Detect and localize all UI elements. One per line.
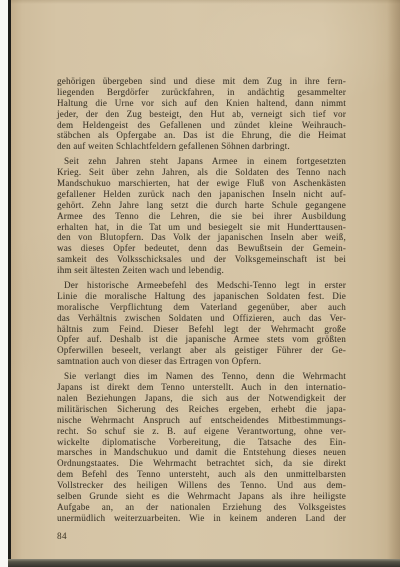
text-line: unermüdlich weiterzuarbeiten. Wie in kei… — [57, 513, 346, 524]
text-line: dem Befehl des Tenno untersteht, auch al… — [57, 469, 346, 480]
text-line: gehörigen übergeben sind und diese mit d… — [57, 76, 346, 87]
text-line: nalen Beziehungen Japans, die sich aus d… — [57, 393, 346, 404]
scan-left-margin — [0, 0, 8, 567]
text-line: nische Wehrmacht Anspruch auf entscheide… — [57, 415, 346, 426]
text-line: Seit zehn Jahren steht Japans Armee in e… — [57, 156, 346, 167]
text-line: den von Blutopfern. Das Volk der japanis… — [57, 232, 346, 243]
page-bottom-edge — [8, 559, 400, 567]
text-line: erhalten hat, in die Tat um und besiegel… — [57, 222, 346, 233]
paragraph: Seit zehn Jahren steht Japans Armee in e… — [57, 156, 346, 276]
text-line: Krieg. Seit über zehn Jahren, als die So… — [57, 167, 346, 178]
scanned-book-page: gehörigen übergeben sind und diese mit d… — [0, 0, 400, 567]
page-number: 84 — [57, 531, 67, 541]
text-line: selben Grunde sieht es die Wehrmacht Jap… — [57, 491, 346, 502]
paragraph: gehörigen übergeben sind und diese mit d… — [57, 76, 346, 152]
page-text: gehörigen übergeben sind und diese mit d… — [57, 76, 346, 524]
text-line: Mandschukuo marschierten, hat der ewige … — [57, 178, 346, 189]
text-line: Vollstrecker des heiligen Willens des Te… — [57, 480, 346, 491]
paragraph: Der historische Armeebefehl des Medschi-… — [57, 280, 346, 367]
text-line: Linie die moralische Haltung des japanis… — [57, 291, 346, 302]
text-line: Aufgabe an, an der nationalen Erziehung … — [57, 502, 346, 513]
text-line: militärischen Sicherung des Reiches erge… — [57, 404, 346, 415]
text-line: Haltung die Urne vor sich auf den Knien … — [57, 98, 346, 109]
text-line: liegenden Bergdörfer zurückfahren, in an… — [57, 87, 346, 98]
text-line: hältnis zum Feind. Dieser Befehl legt de… — [57, 324, 346, 335]
text-line: Japans ist direkt dem Tenno unterstellt.… — [57, 382, 346, 393]
text-line: gehört. Zehn Jahre lang setzt die durch … — [57, 200, 346, 211]
text-line: dem Heldengeist des Gefallenen und zünde… — [57, 120, 346, 131]
text-line: Sie verlangt dies im Namen des Tenno, de… — [57, 371, 346, 382]
text-line: jeder, der den Zug besteigt, den Hut ab,… — [57, 109, 346, 120]
text-line: was dieses Opfer bedeutet, denn das Bewu… — [57, 243, 346, 254]
text-line: gefallener Helden zurück nach den japani… — [57, 189, 346, 200]
text-line: ihm seit ältesten Zeiten wach und lebend… — [57, 265, 346, 276]
text-line: stäbchen als Opfergabe an. Das ist die E… — [57, 130, 346, 141]
text-line: Opfer auf. Deshalb ist die japanische Ar… — [57, 334, 346, 345]
text-line: den auf weiten Schlachtfeldern gefallene… — [57, 141, 346, 152]
text-line: Ordnungstaates. Die Wehrmacht betrachtet… — [57, 458, 346, 469]
text-line: Armee des Tenno die Lehren, die sie bei … — [57, 211, 346, 222]
text-line: recht. So schuf sie z. B. auf eigene Ver… — [57, 426, 346, 437]
text-line: moralische Verpflichtung dem Vaterland g… — [57, 302, 346, 313]
text-line: Opferwillen beseelt, verlangt aber als g… — [57, 345, 346, 356]
text-line: samkeit des Volksschicksales und der Vol… — [57, 254, 346, 265]
text-line: marsches in Mandschukuo und damit die En… — [57, 447, 346, 458]
text-line: das Verhältnis zwischen Soldaten und Off… — [57, 313, 346, 324]
paragraph: Sie verlangt dies im Namen des Tenno, de… — [57, 371, 346, 523]
text-line: Der historische Armeebefehl des Medschi-… — [57, 280, 346, 291]
text-line: wickelte diplomatische Vorbereitung, die… — [57, 437, 346, 448]
text-line: samtnation auch von dieser das Ertragen … — [57, 356, 346, 367]
